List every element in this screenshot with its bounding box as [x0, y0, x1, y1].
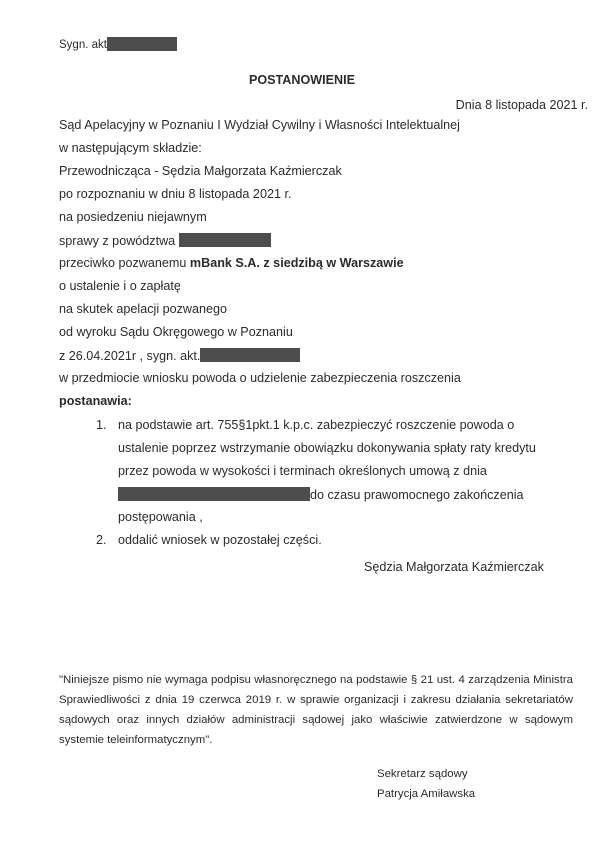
decision-number: 2.: [96, 533, 107, 548]
decision-1-line-5: postępowania ,: [118, 510, 203, 525]
court-decision-page: Sygn. akt POSTANOWIENIE Dnia 8 listopada…: [0, 0, 600, 848]
decision-1-line-2: ustalenie poprzez wstrzymanie obowiązku …: [118, 441, 536, 456]
secretary-name: Patrycja Amiławska: [377, 784, 475, 804]
session-type-line: na posiedzeniu niejawnym: [59, 210, 207, 225]
decision-1-line-3: przez powoda w wysokości i terminach okr…: [118, 464, 487, 479]
defendant-prefix: przeciwko pozwanemu: [59, 256, 190, 270]
case-number-label: Sygn. akt: [59, 39, 107, 51]
document-date: Dnia 8 listopada 2021 r.: [456, 98, 588, 113]
secretary-role: Sekretarz sądowy: [377, 764, 475, 784]
claim-subject-line: o ustalenie i o zapłatę: [59, 279, 181, 294]
plaintiff-line: sprawy z powództwa: [59, 233, 271, 249]
electronic-signature-notice: "Niniejsze pismo nie wymaga podpisu włas…: [59, 670, 573, 750]
panel-line: w następującym składzie:: [59, 141, 202, 156]
judge-signature: Sędzia Małgorzata Kaźmierczak: [364, 560, 544, 574]
judgment-reference-line: z 26.04.2021r , sygn. akt.: [59, 348, 300, 364]
defendant-name: mBank S.A. z siedzibą w Warszawie: [190, 256, 404, 270]
plaintiff-prefix: sprawy z powództwa: [59, 234, 175, 248]
document-title: POSTANOWIENIE: [0, 73, 600, 87]
decision-1-line-1: na podstawie art. 755§1pkt.1 k.p.c. zabe…: [118, 418, 514, 433]
decision-1-line-4-text: do czasu prawomocnego zakończenia: [310, 488, 524, 502]
redacted-judgment-reference: [200, 348, 300, 362]
decision-1-line-4: do czasu prawomocnego zakończenia: [118, 487, 524, 503]
decision-number: 1.: [96, 418, 107, 433]
document-title-text: POSTANOWIENIE: [249, 73, 355, 87]
decides-label: postanawia:: [59, 394, 132, 409]
judgment-reference-prefix: z 26.04.2021r , sygn. akt.: [59, 349, 200, 363]
case-number: Sygn. akt: [59, 37, 177, 53]
decision-2-line-1: oddalić wniosek w pozostałej części.: [118, 533, 322, 548]
redacted-plaintiff: [179, 233, 271, 247]
lower-court-line: od wyroku Sądu Okręgowego w Poznaniu: [59, 325, 293, 340]
hearing-date-line: po rozpoznaniu w dniu 8 listopada 2021 r…: [59, 187, 291, 202]
secretary-block: Sekretarz sądowy Patrycja Amiławska: [377, 764, 475, 804]
motion-subject-line: w przedmiocie wniosku powoda o udzieleni…: [59, 371, 461, 386]
redacted-contract-date: [118, 487, 310, 501]
court-name-line: Sąd Apelacyjny w Poznaniu I Wydział Cywi…: [59, 118, 460, 133]
presiding-judge-line: Przewodnicząca - Sędzia Małgorzata Kaźmi…: [59, 164, 342, 179]
redacted-case-number: [107, 37, 177, 51]
appeal-line: na skutek apelacji pozwanego: [59, 302, 227, 317]
defendant-line: przeciwko pozwanemu mBank S.A. z siedzib…: [59, 256, 404, 271]
